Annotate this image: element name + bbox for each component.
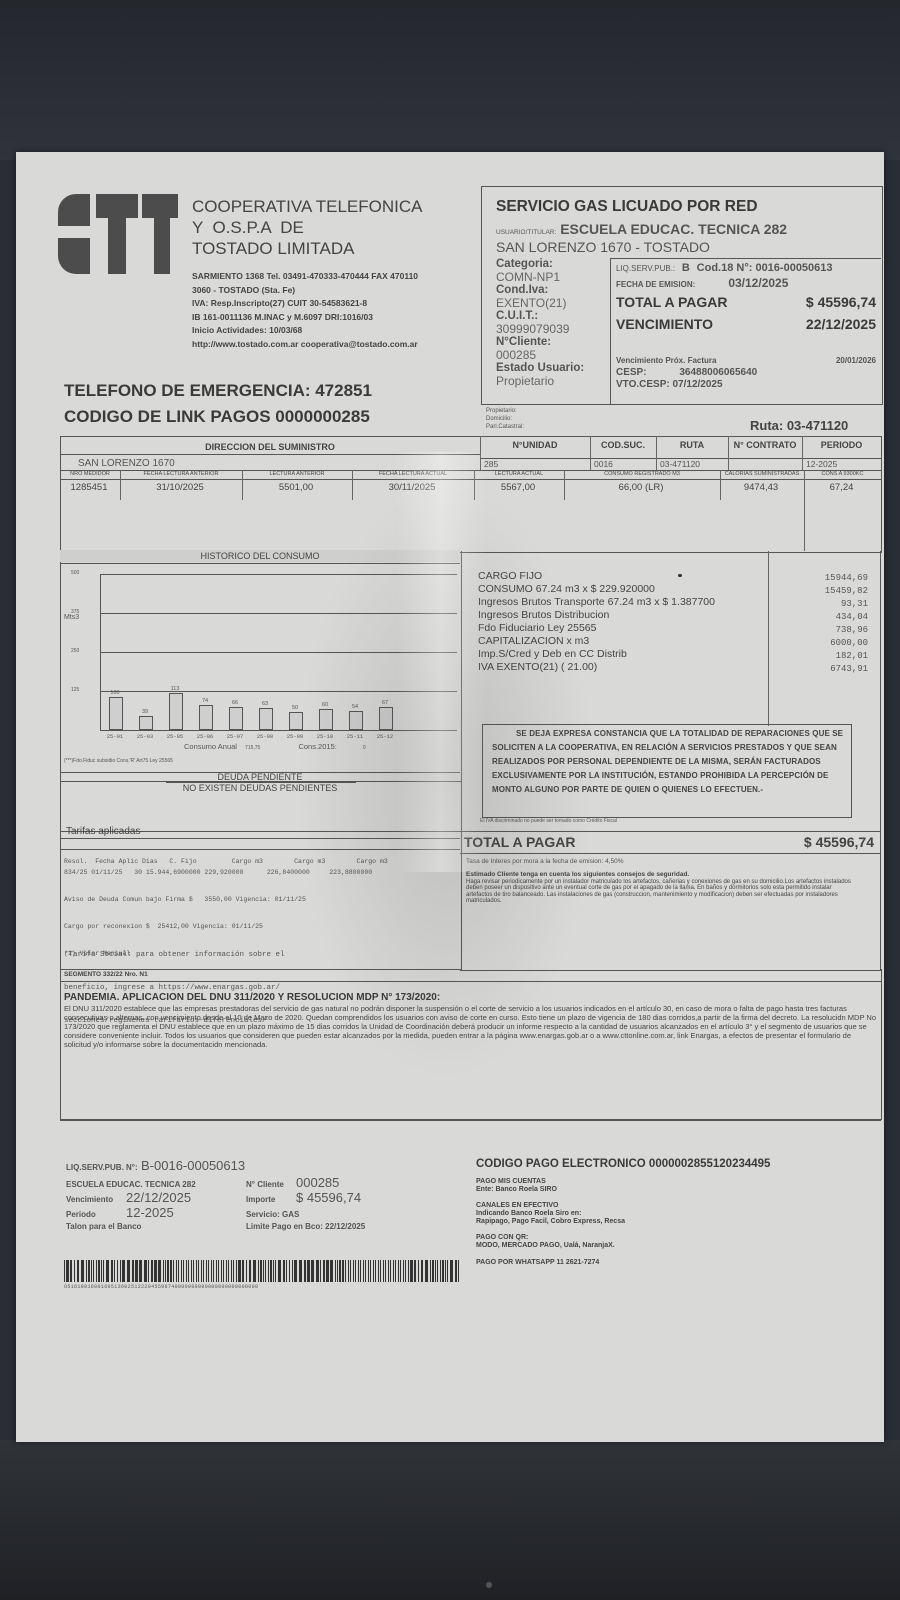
pandemia-text: El DNU 311/2020 establece que las empres… — [64, 1004, 876, 1049]
supply-col-header: N°UNIDAD — [482, 440, 588, 450]
supply-col-header: N° CONTRATO — [730, 440, 800, 450]
whatsapp-payment: PAGO POR WHATSAPP 11 2621-7274 — [476, 1259, 876, 1266]
chart-bar-value: 63 — [255, 701, 275, 707]
liq-type: B — [682, 262, 690, 274]
reading-col-value: 67,24 — [806, 482, 877, 493]
codigo-pago-electronico: CODIGO PAGO ELECTRONICO 0000002855120234… — [476, 1158, 876, 1170]
company-inicio: Inicio Actividades: 10/03/68 — [192, 324, 418, 338]
chart-xtick: 25-01 — [101, 733, 129, 740]
total-label: TOTAL A PAGAR — [616, 294, 727, 310]
total-box-label: TOTAL A PAGAR — [464, 834, 575, 850]
emergency-phone: TELEFONO DE EMERGENCIA: 472851 — [64, 378, 372, 404]
safety-text: Haga revisar periodicamente por un insta… — [466, 879, 856, 905]
reading-col-value: 30/11/2025 — [354, 482, 470, 493]
prox-venc-date: 20/01/2026 — [836, 356, 876, 365]
usuario-address: SAN LORENZO 1670 - TOSTADO — [496, 240, 787, 254]
reading-col-value: 1285451 — [62, 482, 116, 493]
chart-xtick: 25-12 — [371, 733, 399, 740]
company-name-line1: COOPERATIVA TELEFONICA — [192, 196, 423, 217]
charge-item-label: CARGO FIJO — [478, 570, 758, 583]
direccion-value: SAN LORENZO 1670 — [78, 458, 175, 469]
chart-bar — [259, 708, 273, 730]
usuario-label: USUARIO/TITULAR: — [496, 229, 556, 236]
consumo-anual-label: Consumo Anual — [184, 742, 237, 751]
chart-bar-value: 50 — [285, 705, 305, 711]
talon-liq-label: LIQ.SERV.PUB. N°: — [66, 1163, 138, 1172]
talon-venc-label: Vencimiento — [66, 1195, 126, 1204]
reading-col-value: 9474,43 — [722, 482, 800, 493]
chart-title: HISTORICO DEL CONSUMO — [60, 550, 460, 562]
talon-cliente-label: N° Cliente — [246, 1180, 296, 1189]
charge-item-label: IVA EXENTO(21) ( 21.00) — [478, 661, 758, 674]
background-top — [0, 0, 900, 160]
chart-bar — [319, 709, 333, 730]
qr-text: MODO, MERCADO PAGO, Ualá, NaranjaX. — [476, 1242, 876, 1250]
charge-item-label: Fdo Fiduciario Ley 25565 — [478, 622, 758, 635]
consumo-anual-value: 715,75 — [245, 745, 260, 751]
payment-barcode — [64, 1260, 464, 1282]
background-bottom — [0, 1440, 900, 1600]
chart-bar-value: 60 — [315, 702, 335, 708]
qr-title: PAGO CON QR: — [476, 1234, 876, 1242]
emision-date: 03/12/2025 — [728, 276, 788, 290]
estado-value: Propietario — [496, 375, 584, 388]
reading-col-header: FECHA LECTURA ANTERIOR — [122, 471, 240, 477]
talon-limite: Limite Pago en Bco: 22/12/2025 — [246, 1222, 365, 1231]
ruta-label: Ruta: 03-471120 — [750, 418, 848, 433]
chart-bar-value: 100 — [105, 690, 125, 696]
chart-bar-value: 74 — [195, 698, 215, 704]
cliente-value: 000285 — [496, 349, 584, 362]
charge-item-amount: 182,01 — [774, 650, 868, 663]
talon-periodo-value: 12-2025 — [126, 1205, 246, 1220]
chart-bar — [379, 707, 393, 730]
iva-note: El IVA discriminado no puede ser tomado … — [480, 818, 617, 824]
categoria-value: COMN-NP1 — [496, 271, 584, 284]
tarifas-row2: Aviso de Deuda Comun bajo Firma $ 3550,0… — [64, 895, 372, 904]
emision-label: FECHA DE EMISION: — [616, 280, 695, 289]
talon-titular: ESCUELA EDUCAC. TECNICA 282 — [66, 1180, 246, 1189]
chart-xtick: 25-11 — [341, 733, 369, 740]
chart-bar — [199, 705, 213, 730]
chart-bar — [139, 716, 153, 730]
reading-col-header: FECHA LECTURA ACTUAL — [354, 471, 472, 477]
talon-servicio: Servicio: GAS — [246, 1210, 299, 1219]
reading-col-header: NRO MEDIDOR — [62, 471, 118, 477]
charge-item-amount: 738,96 — [774, 624, 868, 637]
supply-col-header: PERIODO — [804, 440, 879, 450]
supply-col-value: 03-471120 — [660, 459, 700, 469]
barcode-digits: 0516180160016051360251222045596740000000… — [64, 1284, 258, 1290]
consumption-chart: Mts3 12525037550010025-013925-0311325-05… — [64, 566, 460, 756]
company-iva: IVA: Resp.Inscripto(27) CUIT 30-54583621… — [192, 297, 418, 311]
chart-xtick: 25-06 — [191, 733, 219, 740]
efectivo-title: CANALES EN EFECTIVO — [476, 1202, 876, 1210]
reading-col-header: CONS A 9300KC — [806, 471, 879, 477]
charge-item-amount: 434,04 — [774, 611, 868, 624]
charge-item-amount: 6743,91 — [774, 663, 868, 676]
total-box-value: $ 45596,74 — [804, 834, 874, 850]
charge-item-amount: 15459,82 — [774, 585, 868, 598]
charge-item-amount: 6000,00 — [774, 637, 868, 650]
supply-col-value: 12-2025 — [806, 459, 837, 469]
company-address: SARMIENTO 1368 Tel. 03491-470333-470444 … — [192, 270, 418, 284]
talon-venc-value: 22/12/2025 — [126, 1190, 246, 1205]
cond-iva-value: EXENTO(21) — [496, 297, 584, 310]
supply-col-value: 0016 — [594, 459, 613, 469]
chart-xtick: 25-09 — [281, 733, 309, 740]
propietario-label: Propietario: — [486, 407, 524, 415]
charge-item-label: Ingresos Brutos Distribucion — [478, 609, 758, 622]
reading-col-header: LECTURA ANTERIOR — [244, 471, 350, 477]
talon-importe-value: $ 45596,74 — [296, 1190, 361, 1205]
charge-item-label: CONSUMO 67.24 m3 x $ 229.920000 — [478, 583, 758, 596]
tarifas-title: Tarifas aplicadas — [66, 826, 140, 837]
cons2015-label: Cons.2015: — [298, 742, 336, 751]
chart-bar — [229, 707, 243, 730]
chart-bar-value: 113 — [165, 686, 185, 692]
charges-amounts: 15944,6915459,8293,31434,04738,966000,00… — [774, 572, 868, 676]
company-web[interactable]: http://www.tostado.com.ar cooperativa@to… — [192, 338, 418, 352]
pandemia-title: PANDEMIA. APLICACION DEL DNU 311/2020 Y … — [64, 992, 440, 1003]
interes-mora: Tasa de Interes por mora a la fecha de e… — [466, 858, 624, 865]
reading-col-header: CONSUMO REGISTRADO M3 — [566, 471, 718, 477]
gas-bill-document: COOPERATIVA TELEFONICA Y O.S.P.A DE TOST… — [16, 152, 884, 1442]
chart-bar-value: 67 — [375, 700, 395, 706]
link-pagos-code: CODIGO DE LINK PAGOS 0000000285 — [64, 404, 372, 430]
vencimiento-date: 22/12/2025 — [806, 316, 876, 332]
chart-ytick: 375 — [71, 609, 79, 615]
talon-cliente-value: 000285 — [296, 1175, 339, 1190]
cuit-value: 30999079039 — [496, 323, 584, 336]
chart-ylabel: Mts3 — [64, 614, 79, 621]
reading-col-header: LECTURA ACTUAL — [476, 471, 562, 477]
wind-dot-icon — [678, 574, 682, 577]
charges-list: CARGO FIJOCONSUMO 67.24 m3 x $ 229.92000… — [478, 570, 758, 674]
chart-bar — [109, 697, 123, 730]
cesp-label: CESP: — [616, 367, 647, 378]
chart-xtick: 25-07 — [221, 733, 249, 740]
supply-col-header: RUTA — [658, 440, 726, 450]
ctt-logo — [58, 194, 178, 274]
talon-importe-label: Importe — [246, 1195, 296, 1204]
chart-bar-value: 66 — [225, 700, 245, 706]
charge-item-amount: 15944,69 — [774, 572, 868, 585]
chart-bar-value: 39 — [135, 709, 155, 715]
charge-item-label: Ingresos Brutos Transporte 67.24 m3 x $ … — [478, 596, 758, 609]
liq-label: LIQ.SERV.PUB.: — [616, 264, 675, 273]
cons2015-value: 0 — [363, 745, 366, 751]
talon-liq-value: B-0016-00050613 — [141, 1158, 245, 1173]
reading-col-header: CALORIAS SUMINISTRADAS — [722, 471, 802, 477]
repair-notice: SE DEJA EXPRESA CONSTANCIA QUE LA TOTALI… — [492, 727, 848, 797]
talon-periodo-label: Periodo — [66, 1210, 126, 1219]
service-title: SERVICIO GAS LICUADO POR RED — [496, 198, 758, 216]
tarifa-social-1: *Tarifa Social: para obtener información… — [64, 950, 285, 961]
segmento: SEGMENTO 332/22 Nro. N1 — [64, 971, 148, 978]
chart-xtick: 25-08 — [251, 733, 279, 740]
chart-ytick: 500 — [71, 570, 79, 576]
supply-col-value: 285 — [484, 459, 498, 469]
company-ib: IB 161-0011136 M.INAC y M.6097 DRI:1016/… — [192, 311, 418, 325]
liq-code: Cod.18 N°: 0016-00050613 — [697, 262, 833, 274]
talon-banco-label: Talon para el Banco — [66, 1222, 246, 1231]
reading-col-value: 5501,00 — [244, 482, 348, 493]
chart-ytick: 250 — [71, 648, 79, 654]
tarifas-row1: 834/25 01/11/25 30 15.944,6900000 229,92… — [64, 868, 372, 877]
supply-col-header: COD.SUC. — [592, 440, 654, 450]
charge-item-label: Imp.S/Cred y Deb en CC Distrib — [478, 648, 758, 661]
chart-ytick: 125 — [71, 687, 79, 693]
charge-item-amount: 93,31 — [774, 598, 868, 611]
chart-xtick: 25-10 — [311, 733, 339, 740]
tablet-camera-dot — [486, 1582, 492, 1588]
company-city: 3060 - TOSTADO (Sta. Fe) — [192, 284, 418, 298]
reading-col-value: 66,00 (LR) — [566, 482, 716, 493]
vto-cesp: VTO.CESP: 07/12/2025 — [616, 379, 876, 390]
efectivo-text2: Rapipago, Pago Facil, Cobro Express, Rec… — [476, 1218, 876, 1226]
vencimiento-label: VENCIMIENTO — [616, 316, 713, 332]
catastral-label: Parl.Catastral: — [486, 423, 524, 431]
company-name-line3: TOSTADO LIMITADA — [192, 238, 423, 259]
reading-col-value: 5567,00 — [476, 482, 560, 493]
chart-bar-value: 54 — [345, 704, 365, 710]
total-amount: $ 45596,74 — [806, 294, 876, 310]
prox-venc-label: Vencimiento Próx. Factura — [616, 356, 716, 365]
chart-bar — [169, 693, 183, 730]
fondo-footnote: (***)Fdo.Fiduc subsidio Cons.'R' Art75 L… — [64, 758, 173, 764]
chart-bar — [349, 711, 363, 730]
charge-item-label: CAPITALIZACION x m3 — [478, 635, 758, 648]
pmc-text: Ente: Banco Roela SIRO — [476, 1186, 876, 1194]
direccion-header: DIRECCION DEL SUMINISTRO — [60, 442, 480, 452]
efectivo-text1: Indicando Banco Roela Siro en: — [476, 1210, 876, 1218]
domicilio-label: Domicilio: — [486, 415, 524, 423]
company-name-line2: Y O.S.P.A DE — [192, 217, 423, 238]
usuario-name: ESCUELA EDUCAC. TECNICA 282 — [560, 221, 787, 237]
cesp-value: 36488006065640 — [679, 367, 757, 378]
pmc-title: PAGO MIS CUENTAS — [476, 1178, 876, 1186]
chart-xtick: 25-03 — [131, 733, 159, 740]
chart-xtick: 25-05 — [161, 733, 189, 740]
reading-col-value: 31/10/2025 — [122, 482, 238, 493]
chart-bar — [289, 712, 303, 730]
